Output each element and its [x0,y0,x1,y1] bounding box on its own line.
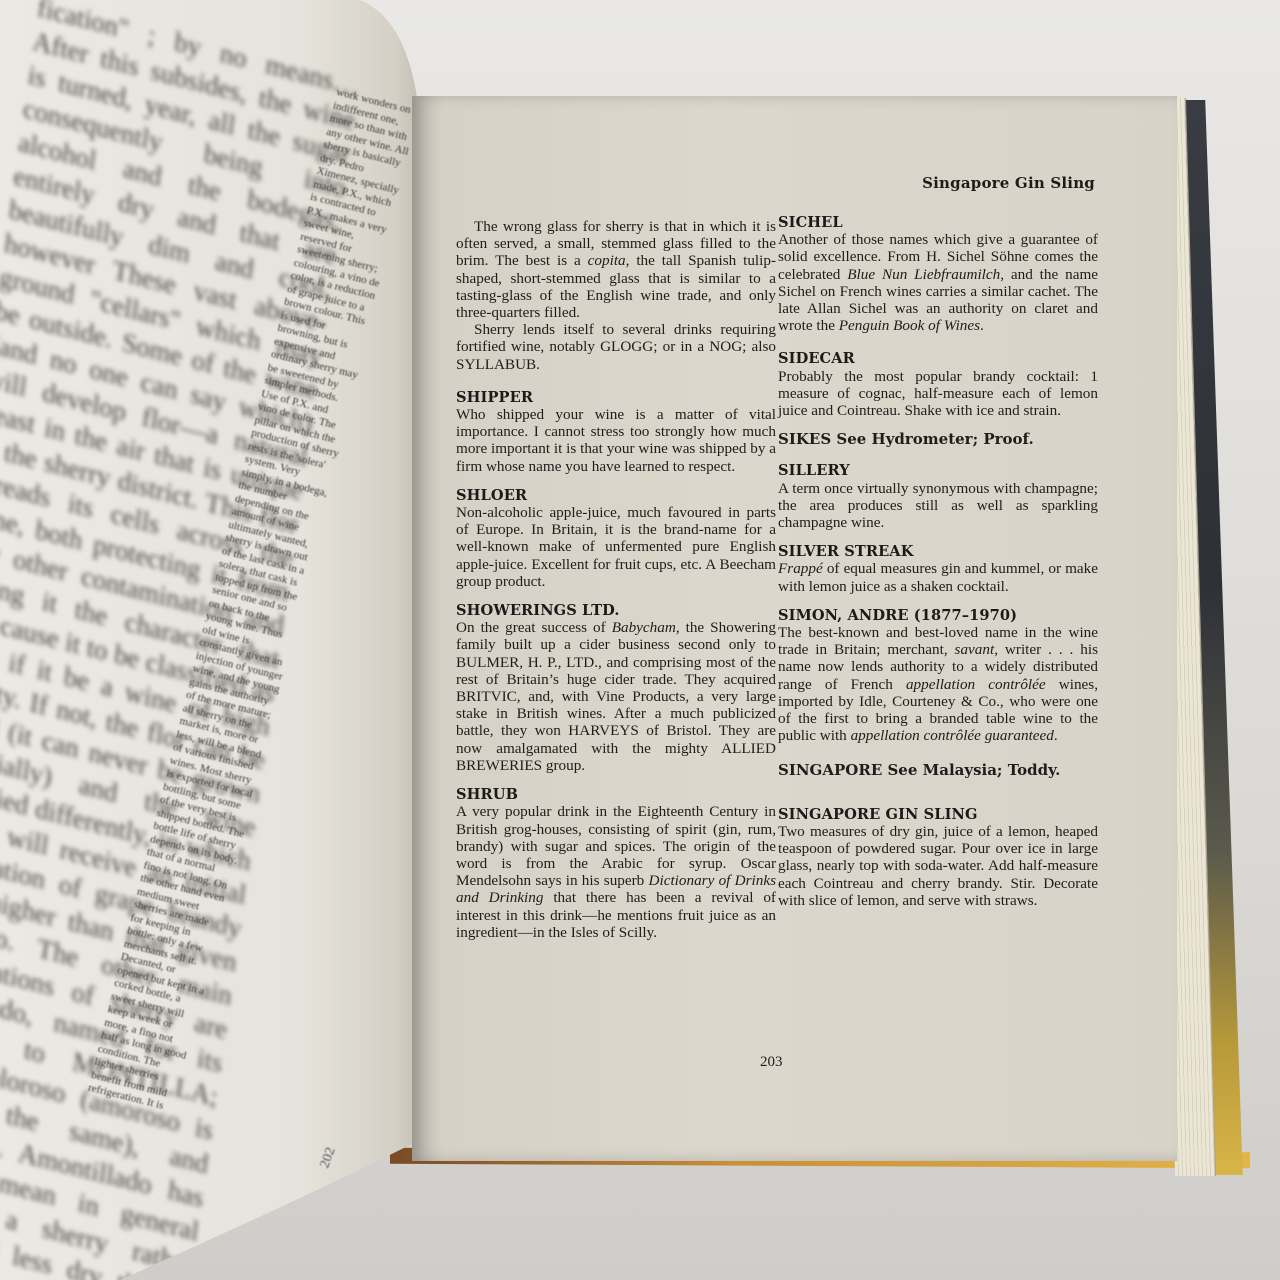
definition: The best-known and best-loved name in th… [778,624,1098,744]
headword: SINGAPORE GIN SLING [778,806,1098,823]
entry-singapore-gin-sling: SINGAPORE GIN SLING Two measures of dry … [778,806,1098,909]
definition: Probably the most popular brandy cocktai… [778,368,1098,420]
left-page-number: 202 [317,1145,339,1170]
headword: SIMON, ANDRE (1877–1970) [778,607,1098,624]
definition: Frappé of equal measures gin and kummel,… [778,560,1098,594]
headword: SICHEL [778,214,1098,231]
entry-showerings: SHOWERINGS LTD. On the great success of … [456,602,776,774]
headword: SILVER STREAK [778,543,1098,560]
running-head: Singapore Gin Sling [922,174,1095,192]
definition: Non-alcoholic apple-juice, much favoured… [456,504,776,590]
definition: Who shipped your wine is a matter of vit… [456,406,776,475]
headword: SIDECAR [778,350,1098,367]
paragraph: The wrong glass for sherry is that in wh… [456,218,776,321]
headword: SHRUB [456,786,776,803]
entry-sidecar: SIDECAR Probably the most popular brandy… [778,350,1098,419]
column-right: SICHEL Another of those names which give… [778,214,1098,921]
entry-shloer: SHLOER Non-alcoholic apple-juice, much f… [456,487,776,590]
entry-silver-streak: SILVER STREAK Frappé of equal measures g… [778,543,1098,595]
entry-shrub: SHRUB A very popular drink in the Eighte… [456,786,776,941]
crossref-sikes: SIKES See Hydrometer; Proof. [778,431,1098,448]
entry-simon-andre: SIMON, ANDRE (1877–1970) The best-known … [778,607,1098,745]
headword: SILLERY [778,462,1098,479]
headword: SHLOER [456,487,776,504]
headword: SHIPPER [456,389,776,406]
definition: Two measures of dry gin, juice of a lemo… [778,823,1098,909]
entry-shipper: SHIPPER Who shipped your wine is a matte… [456,389,776,475]
right-page: Singapore Gin Sling The wrong glass for … [412,96,1177,1161]
crossref-singapore: SINGAPORE See Malaysia; Toddy. [778,762,1098,779]
book-photo: fication" ; by no means… After this subs… [0,0,1280,1280]
paragraph: Sherry lends itself to several drinks re… [456,321,776,373]
definition: A term once virtually synonymous with ch… [778,480,1098,532]
entry-sichel: SICHEL Another of those names which give… [778,214,1098,334]
definition: On the great success of Babycham, the Sh… [456,619,776,774]
right-page-number: 203 [760,1054,783,1071]
definition: Another of those names which give a guar… [778,231,1098,334]
headword: SHOWERINGS LTD. [456,602,776,619]
left-page: fication" ; by no means… After this subs… [0,0,430,1280]
column-left: The wrong glass for sherry is that in wh… [456,218,776,953]
definition: A very popular drink in the Eighteenth C… [456,803,776,941]
entry-sillery: SILLERY A term once virtually synonymous… [778,462,1098,531]
sherry-continuation: The wrong glass for sherry is that in wh… [456,218,776,373]
